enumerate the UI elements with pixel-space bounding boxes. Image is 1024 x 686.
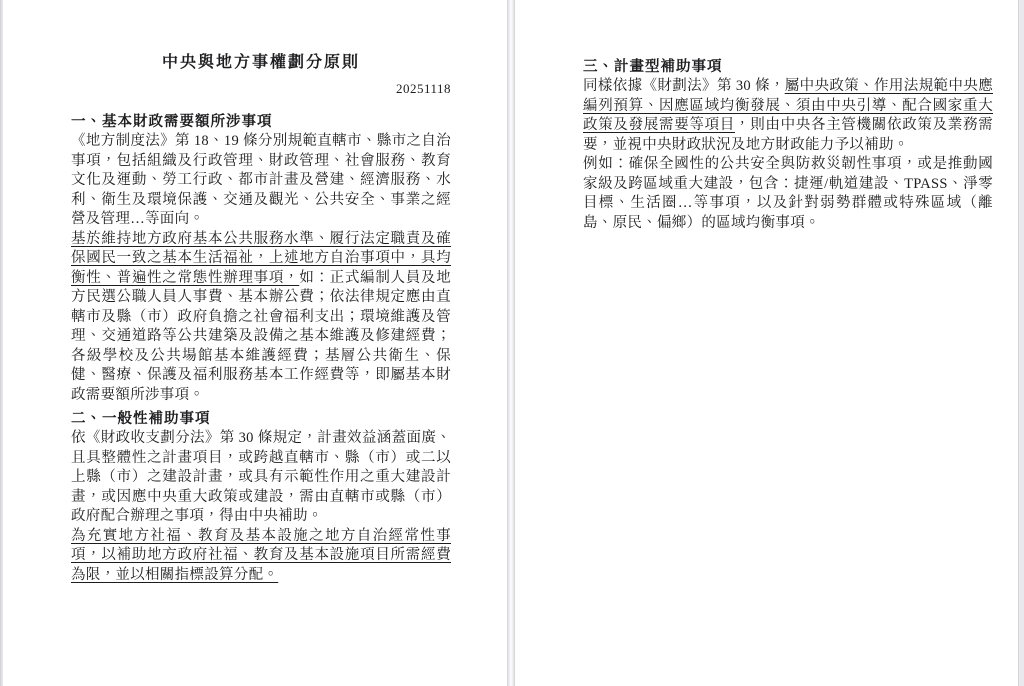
section-3-heading: 三、計畫型補助事項 bbox=[583, 58, 993, 77]
section-2-paragraph-1-text: 依《財政收支劃分法》第 30 條規定，計畫效益涵蓋面廣、且具整體性之計畫項目，或… bbox=[71, 430, 451, 524]
section-3-paragraph-1-lead-text: 同樣依據《財劃法》第 30 條， bbox=[583, 78, 785, 94]
section-3-paragraph-2-text: 例如：確保全國性的公共安全與防救災韌性事項，或是推動國家級及跨區域重大建設，包含… bbox=[583, 156, 993, 231]
page-divider bbox=[507, 0, 515, 686]
section-2-heading: 二、一般性補助事項 bbox=[71, 410, 451, 429]
section-1-paragraph-2-text: 如：正式編制人員及地方民選公職人員人事費、基本辦公費；依法律規定應由直轄市及縣（… bbox=[71, 270, 451, 403]
section-3-paragraph-2: 例如：確保全國性的公共安全與防救災韌性事項，或是推動國家級及跨區域重大建設，包含… bbox=[583, 155, 993, 233]
section-1-heading: 一、基本財政需要額所涉事項 bbox=[71, 113, 451, 132]
document-date: 20251118 bbox=[71, 80, 451, 97]
section-1-paragraph-2: 基於維持地方政府基本公共服務水準、履行法定職責及確保國民一致之基本生活福祉，上述… bbox=[71, 230, 451, 406]
page-right: 三、計畫型補助事項 同樣依據《財劃法》第 30 條，屬中央政策、作用法規範中央應… bbox=[515, 0, 1018, 686]
right-page-edge bbox=[1018, 0, 1024, 686]
section-2-paragraph-2: 為充實地方社福、教育及基本設施之地方自治經常性事項，以補助地方政府社福、教育及基… bbox=[71, 527, 451, 586]
document-spread: 中央與地方事權劃分原則 20251118 一、基本財政需要額所涉事項 《地方制度… bbox=[0, 0, 1024, 686]
section-1-paragraph-1-text: 《地方制度法》第 18、19 條分別規範直轄市、縣市之自治事項，包括組織及行政管… bbox=[71, 133, 451, 227]
section-1-paragraph-1: 《地方制度法》第 18、19 條分別規範直轄市、縣市之自治事項，包括組織及行政管… bbox=[71, 132, 451, 230]
page-left: 中央與地方事權劃分原則 20251118 一、基本財政需要額所涉事項 《地方制度… bbox=[3, 0, 507, 686]
section-2-paragraph-2-underlined-text: 為充實地方社福、教育及基本設施之地方自治經常性事項，以補助地方政府社福、教育及基… bbox=[71, 528, 451, 583]
section-2-paragraph-1: 依《財政收支劃分法》第 30 條規定，計畫效益涵蓋面廣、且具整體性之計畫項目，或… bbox=[71, 429, 451, 527]
document-title: 中央與地方事權劃分原則 bbox=[71, 53, 451, 73]
section-3-paragraph-1: 同樣依據《財劃法》第 30 條，屬中央政策、作用法規範中央應編列預算、因應區域均… bbox=[583, 77, 993, 155]
